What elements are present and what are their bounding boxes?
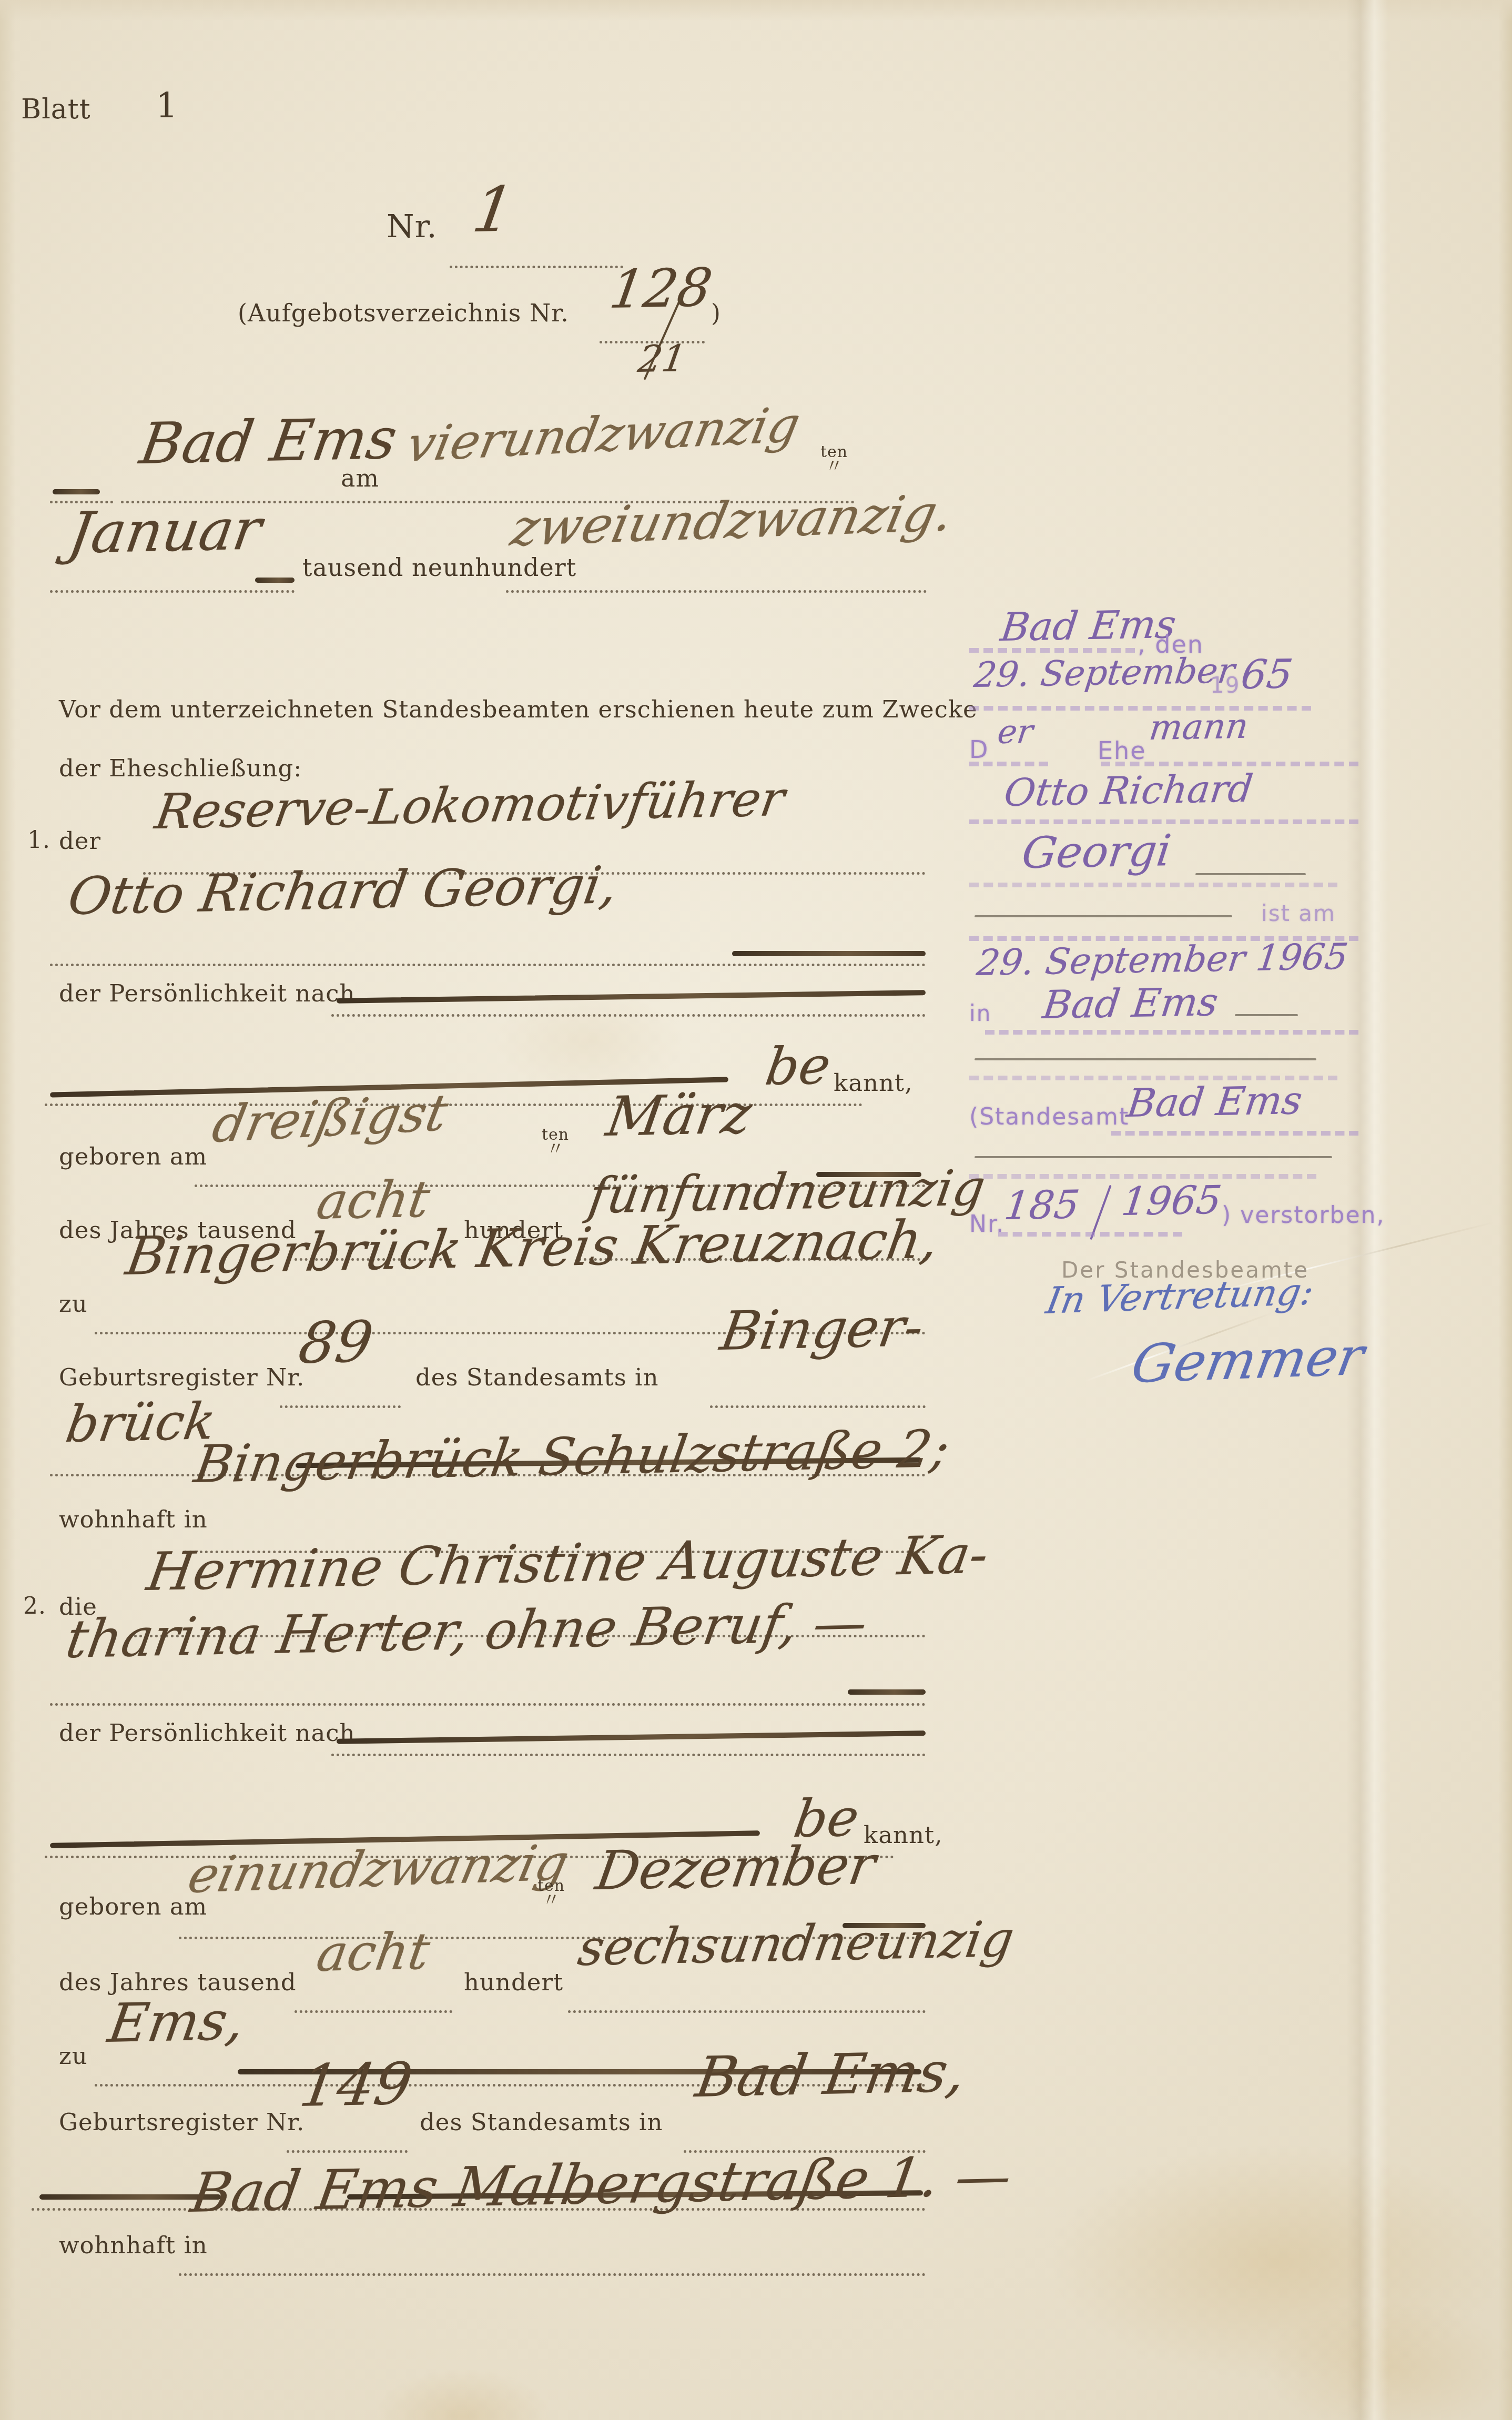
- stamp-dash-line: [969, 1174, 1316, 1179]
- pencil-dash: [1235, 1014, 1298, 1016]
- stamp-ehe-label: Ehe: [1098, 736, 1146, 765]
- scanned-marriage-register-page: Blatt 1 Nr. 1 (Aufgebotsverzeichnis Nr. …: [0, 0, 1512, 2420]
- bride-zu-label: zu: [59, 2042, 88, 2070]
- hw-groom-register-number: 89: [295, 1309, 377, 1376]
- intro-line2: der Eheschließung:: [59, 754, 302, 782]
- groom-geboren-label: geboren am: [59, 1142, 207, 1170]
- bride-persoenlichkeit-label: der Persönlichkeit nach: [59, 1719, 355, 1747]
- hw-groom-be: be: [762, 1036, 835, 1097]
- stamp-dash-line: [998, 1232, 1182, 1237]
- stamp-ist-am-label: ist am: [1261, 900, 1336, 926]
- bride-standesamt-label: des Standesamts in: [420, 2108, 663, 2136]
- hw-groom-register-place-1: Binger-: [716, 1296, 928, 1363]
- groom-wohnhaft-label: wohnhaft in: [59, 1505, 208, 1533]
- bride-register-rule: [287, 2150, 408, 2153]
- stamp-dash-line: [969, 819, 1358, 824]
- bride-hundert-label: hundert: [464, 1968, 563, 1996]
- hw-groom-register-place-2: brück: [62, 1392, 219, 1454]
- hw-month: Januar: [64, 497, 266, 566]
- ink-dash: [732, 951, 926, 956]
- record-nr-value: 1: [468, 173, 519, 246]
- groom-standesamt-label: des Standesamts in: [415, 1363, 658, 1391]
- ink-fill-stroke: [337, 990, 926, 1004]
- ink-dash: [255, 578, 295, 583]
- hw-bride-birth-month: Dezember: [592, 1834, 880, 1902]
- stamp-dash-line: [985, 1030, 1358, 1035]
- dateline2-rule-left: [50, 590, 295, 593]
- groom-name-rule: [50, 964, 926, 966]
- ink-dash: [53, 489, 100, 494]
- stamp-dash-line: [969, 762, 1048, 766]
- pencil-line: [975, 1156, 1332, 1158]
- stamp-hw-record-number: 185: [1002, 1182, 1082, 1229]
- aufgebot-close: ): [711, 299, 721, 327]
- pencil-line: [975, 915, 1232, 917]
- stamp-dash-line: [1111, 1131, 1358, 1136]
- aufgebot-rule: [600, 341, 705, 343]
- hw-bride-residence: Bad Ems Malbergstraße 1. —: [187, 2144, 1016, 2225]
- record-nr-rule: [450, 266, 623, 268]
- hw-blue-vertretung: In Vertretung:: [1043, 1270, 1317, 1322]
- hw-bride-birth-year: sechsundneunzig: [574, 1911, 1018, 1977]
- tausend-label: tausend neunhundert: [302, 553, 576, 582]
- hw-bride-birth-place: Ems,: [104, 1990, 249, 2055]
- bride-year-rule: [568, 2010, 926, 2013]
- stamp-in-label: in: [969, 1000, 991, 1026]
- bride-persoenlichkeit-rule: [331, 1754, 926, 1756]
- hw-day: vierundzwanzig: [402, 397, 805, 473]
- pencil-dash: [1195, 873, 1306, 875]
- hw-year: zweiundzwanzig.: [506, 483, 959, 558]
- groom-ordinal-ten: ten 〃: [542, 1126, 569, 1155]
- hw-groom-name: Otto Richard Georgi,: [64, 855, 622, 927]
- bride-ordinal-ten: ten 〃: [537, 1877, 565, 1906]
- groom-register-label: Geburtsregister Nr.: [59, 1363, 305, 1391]
- death-note-stamp: Bad Ems , den 29. September 19 65 D er E…: [969, 605, 1369, 1236]
- hw-bride-name-line1: Hermine Christine Auguste Ka-: [143, 1524, 992, 1603]
- stamp-dash-line: [1101, 762, 1358, 766]
- groom-register-place-rule: [710, 1405, 926, 1408]
- stamp-hw-husband-names: Otto Richard: [1002, 766, 1255, 815]
- stamp-year-prefix: 19: [1210, 672, 1240, 698]
- stamp-verstorben-label: ) verstorben,: [1222, 1202, 1385, 1229]
- stamp-hw-record-year: 1965: [1119, 1178, 1224, 1224]
- groom-kannt-label: kannt,: [834, 1069, 912, 1097]
- stamp-dash-line: [969, 883, 1337, 887]
- ditto-mark: 〃: [825, 461, 843, 472]
- hw-groom-residence: Bingerbrück Schulzstraße 2;: [190, 1419, 953, 1495]
- stamp-hw-death-place: Bad Ems: [1040, 979, 1221, 1028]
- ordinal-ten: ten 〃: [820, 443, 848, 472]
- ditto-mark: 〃: [542, 1895, 560, 1906]
- aufgebot-label: (Aufgebotsverzeichnis Nr.: [238, 299, 569, 327]
- pencil-line: [975, 1058, 1316, 1060]
- stamp-dash-line: [969, 706, 1311, 711]
- groom-persoenlichkeit-rule: [331, 1014, 926, 1017]
- hw-groom-birth-day: dreißigst: [208, 1083, 453, 1154]
- bride-residence-rule: [179, 2273, 926, 2276]
- stamp-hw-der-er: er: [996, 712, 1035, 751]
- stamp-hw-ehe-mann: mann: [1147, 706, 1251, 748]
- groom-persoenlichkeit-label: der Persönlichkeit nach: [59, 979, 355, 1007]
- intro-line1: Vor dem unterzeichneten Standesbeamten e…: [59, 695, 978, 723]
- ink-dash: [848, 1689, 926, 1695]
- stamp-hw-husband-surname: Georgi: [1019, 826, 1174, 878]
- groom-register-rule: [280, 1405, 401, 1408]
- hw-bride-register-number: 149: [296, 2050, 417, 2120]
- bride-register-label: Geburtsregister Nr.: [59, 2108, 305, 2136]
- am-label: am: [341, 464, 379, 492]
- ditto-mark: 〃: [546, 1144, 564, 1155]
- record-nr-label: Nr.: [387, 208, 438, 245]
- hw-blue-signature: Gemmer: [1127, 1325, 1368, 1395]
- bride-wohnhaft-label: wohnhaft in: [59, 2231, 208, 2259]
- groom-article: der: [59, 827, 101, 855]
- blatt-number: 1: [156, 85, 178, 126]
- groom-zu-label: zu: [59, 1290, 88, 1318]
- groom-index: 1.: [27, 827, 50, 854]
- stamp-standesamt-label: (Standesamt: [969, 1103, 1129, 1130]
- hw-bride-register-place: Bad Ems,: [692, 2039, 970, 2110]
- blatt-label: Blatt: [21, 94, 91, 125]
- stamp-der-d: D: [969, 735, 989, 764]
- dateline2-rule-right: [506, 590, 927, 593]
- stamp-hw-year-suffix: 65: [1239, 650, 1295, 698]
- hw-bride-name-line2: tharina Herter, ohne Beruf, —: [62, 1592, 871, 1670]
- stamp-hw-death-date: 29. September 1965: [975, 936, 1350, 984]
- stamp-hw-standesamt-place: Bad Ems: [1124, 1078, 1305, 1126]
- stamp-hw-date: 29. September: [972, 650, 1237, 695]
- bride-name2-rule: [50, 1703, 926, 1706]
- aufgebot-number: 128: [606, 257, 716, 320]
- hw-groom-birth-month: März: [602, 1081, 756, 1149]
- ink-fill-stroke: [337, 1730, 926, 1744]
- bride-century-rule: [295, 2010, 452, 2013]
- bride-index: 2.: [23, 1593, 46, 1619]
- hw-bride-century: acht: [313, 1922, 434, 1983]
